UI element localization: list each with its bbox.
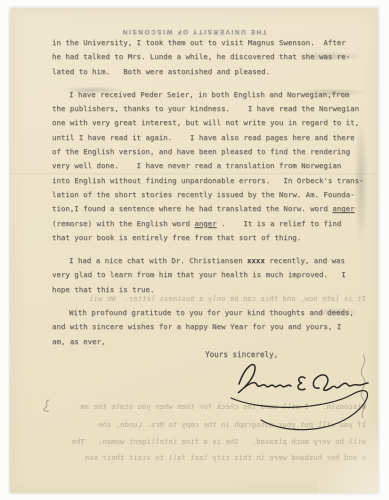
pencil-mark: [41, 398, 53, 414]
letter-paper: THE UNIVERSITY OF WISCONSIN in the Unive…: [10, 8, 378, 493]
bleedthrough-line: It is late now, and this can be only a b…: [52, 294, 366, 303]
letter-line: in the University, I took them out to vi…: [52, 36, 366, 50]
letter-paragraph: I had a nice chat with Dr. Christiansen …: [52, 254, 366, 297]
letter-line: very well done. I have never read a tran…: [52, 159, 366, 173]
letter-line: one with very great interest, but will n…: [52, 116, 366, 130]
letter-line: and with sincere wishes for a happy New …: [52, 320, 366, 334]
letter-line: into English without finding unpardonabl…: [52, 174, 366, 188]
letter-line: lated to him. Both were astonished and p…: [52, 65, 366, 79]
letter-line: that your book is entirely free from tha…: [52, 231, 366, 245]
letter-line: he had talked to Mrs. Lunde a while, he …: [52, 50, 366, 64]
bleedthrough-line: s and her husband were in this city last…: [52, 453, 366, 462]
letter-line: until I have read it again. I have also …: [52, 131, 366, 145]
letter-line: With profound gratitude to you for your …: [52, 306, 366, 320]
letter-line: (remorse) with the English word anger . …: [52, 217, 366, 231]
letter-line: I had a nice chat with Dr. Christiansen …: [52, 254, 366, 268]
letter-line: am, as ever,: [52, 335, 366, 349]
letter-line: of the English version, and have been pl…: [52, 145, 366, 159]
scan-background: { "document": { "kind": "typewritten let…: [0, 0, 389, 500]
letter-paragraph: in the University, I took them out to vi…: [52, 36, 366, 79]
letter-line: lation of the short stories recently iss…: [52, 188, 366, 202]
letter-paragraph: With profound gratitude to you for your …: [52, 306, 366, 349]
letter-line: the publishers, thanks to your kindness.…: [52, 102, 366, 116]
letterhead-bleedthrough-text: THE UNIVERSITY OF WISCONSIN: [121, 28, 266, 35]
letter-line: I have received Peder Seier, in both Eng…: [52, 88, 366, 102]
letter-line: very glad to learn from him that your he…: [52, 268, 366, 282]
letter-line: tion,I found a sentence where he had tra…: [52, 202, 366, 216]
ink-squiggle: [354, 352, 372, 422]
signature-image: [203, 358, 373, 440]
letter-paragraph: I have received Peder Seier, in both Eng…: [52, 88, 366, 245]
